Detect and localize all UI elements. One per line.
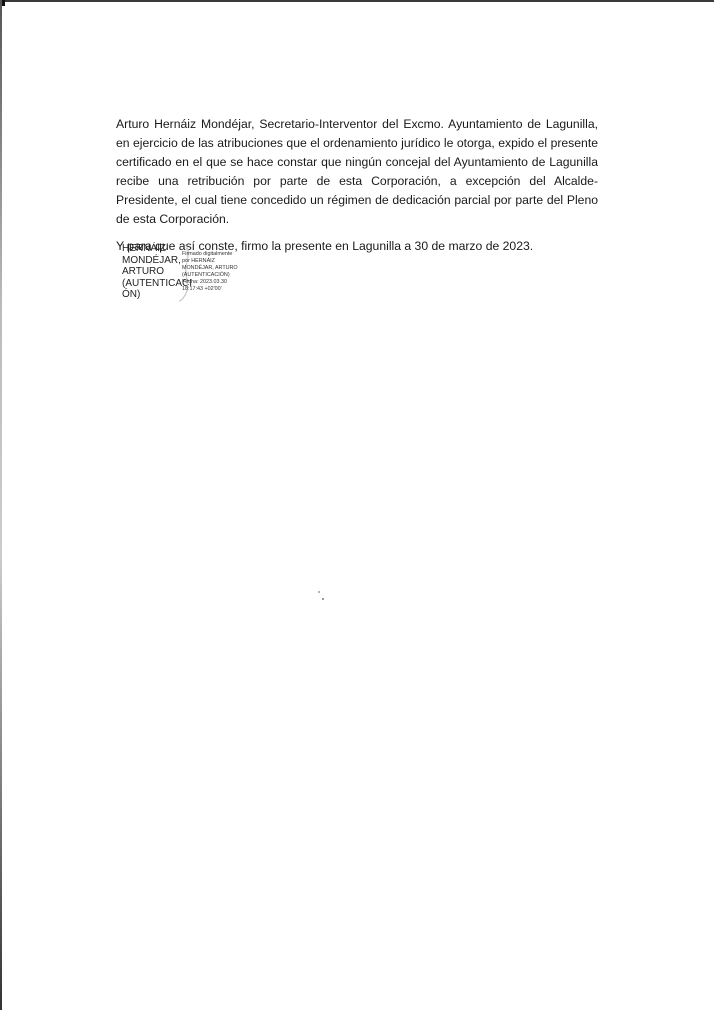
scan-left-edge <box>0 0 2 1010</box>
document-page: Arturo Hernáiz Mondéjar, Secretario-Inte… <box>0 0 714 1010</box>
scan-top-edge <box>0 0 714 2</box>
signature-details: Firmado digitalmente por HERNÁIZ MONDÉJA… <box>182 251 238 293</box>
scan-speck <box>318 591 320 593</box>
scan-speck <box>322 598 324 600</box>
certificate-body: Arturo Hernáiz Mondéjar, Secretario-Inte… <box>116 115 598 264</box>
certificate-paragraph: Arturo Hernáiz Mondéjar, Secretario-Inte… <box>116 115 598 229</box>
digital-signature: HERNÁIZ MONDÉJAR, ARTURO (AUTENTICACI ÓN… <box>122 243 282 313</box>
